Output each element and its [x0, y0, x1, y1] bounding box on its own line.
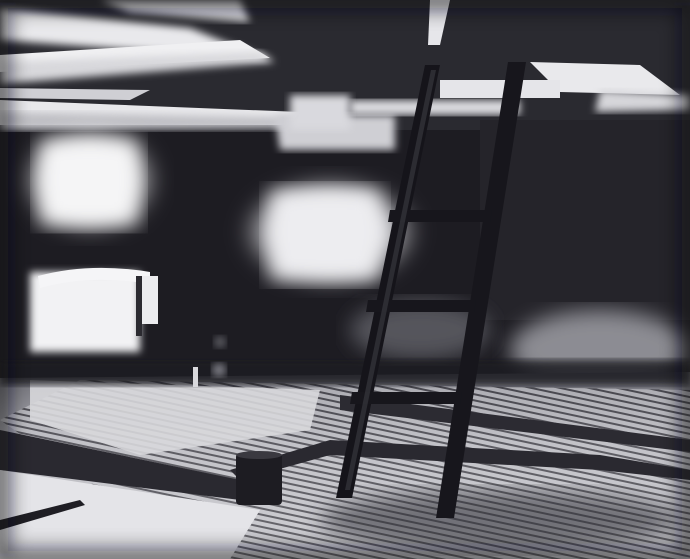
photo-canvas: [0, 0, 690, 559]
attic-photograph: [0, 0, 690, 559]
canister: [236, 451, 282, 505]
